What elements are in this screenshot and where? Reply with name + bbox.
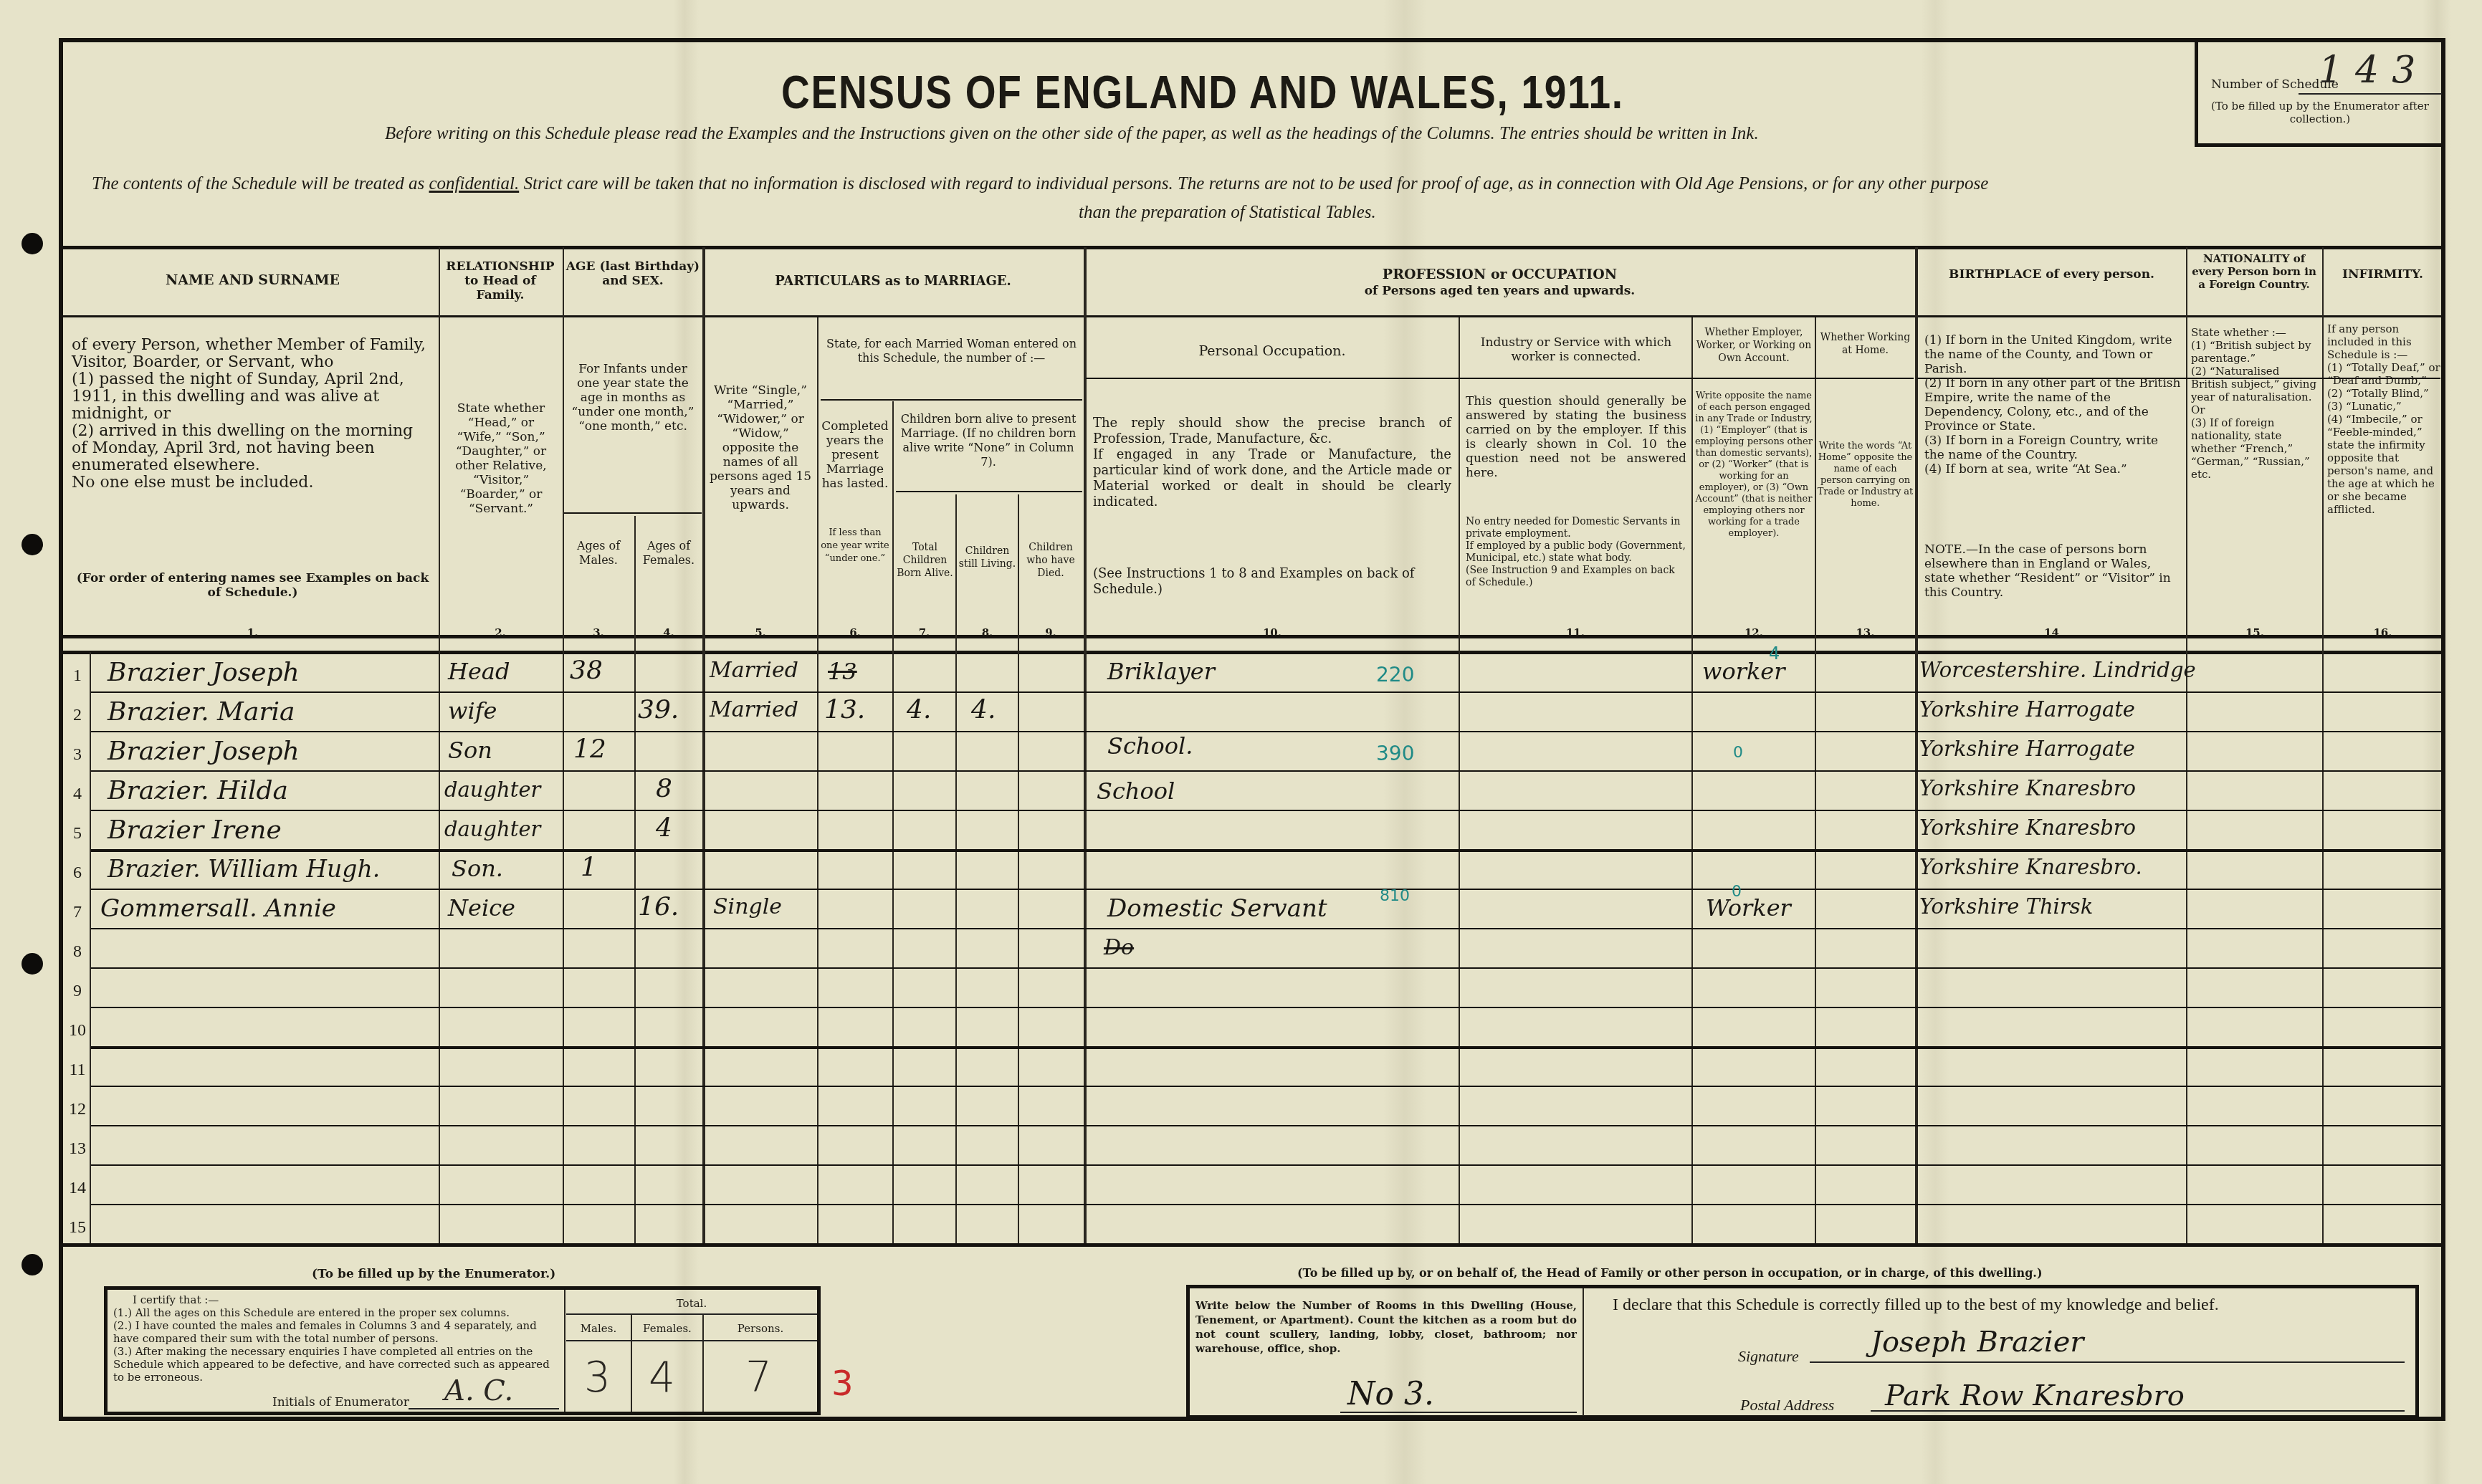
- col14-desc: (1) If born in the United Kingdom, write…: [1924, 333, 2181, 477]
- initials-label: Initials of Enumerator: [272, 1396, 409, 1409]
- col-divider: [1691, 317, 1693, 1247]
- row-rule: [90, 1125, 2444, 1126]
- col-number: 7.: [894, 626, 955, 639]
- schedule-number-note: (To be filled up by the Enumerator after…: [2205, 100, 2435, 125]
- total-rule: [566, 1340, 817, 1341]
- col16-heading: INFIRMITY.: [2324, 267, 2442, 282]
- cell-employment-code: 4: [1769, 643, 1780, 664]
- col4-sub: Ages of Females.: [636, 539, 702, 568]
- total-label: Total.: [566, 1297, 817, 1310]
- row-number: 10: [65, 1021, 90, 1040]
- col6-note: If less than one year write “under one.”: [819, 527, 891, 565]
- cell-name[interactable]: Brazier. Hilda: [108, 776, 288, 805]
- col-divider: [2186, 247, 2187, 1247]
- row-number: 5: [65, 824, 90, 843]
- certify-item-2: (2.) I have counted the males and female…: [113, 1319, 558, 1345]
- total-males[interactable]: 3: [584, 1353, 611, 1402]
- postal-address-value[interactable]: Park Row Knaresbro: [1885, 1379, 2185, 1412]
- row-rule: [90, 731, 2444, 732]
- col-divider: [634, 516, 636, 1247]
- row-number: 15: [65, 1218, 90, 1238]
- postal-address-label: Postal Address: [1740, 1396, 1834, 1414]
- col-divider: [1815, 317, 1816, 1247]
- certify-item-1: (1.) All the ages on this Schedule are e…: [113, 1306, 558, 1319]
- col-number: 4.: [636, 626, 702, 639]
- cell-occupation[interactable]: School.: [1107, 732, 1193, 760]
- cell-relationship[interactable]: Head: [448, 658, 510, 685]
- subheader-rule: [821, 399, 1082, 401]
- cell-employment[interactable]: Worker: [1706, 894, 1791, 921]
- cell-born-alive[interactable]: 4.: [907, 695, 931, 724]
- col10-note: (See Instructions 1 to 8 and Examples on…: [1093, 566, 1451, 598]
- cell-relationship[interactable]: Son.: [452, 855, 503, 882]
- row-rule: [90, 967, 2444, 969]
- total-persons[interactable]: 7: [745, 1353, 772, 1402]
- enumerator-caption: (To be filled up by the Enumerator.): [312, 1267, 555, 1281]
- punch-hole: [22, 233, 43, 254]
- cell-employment-code: 0: [1733, 744, 1743, 762]
- col13-title: Whether Working at Home.: [1817, 331, 1914, 357]
- row-number: 3: [65, 745, 90, 765]
- row-rule: [90, 1204, 2444, 1205]
- col13-desc: Write the words “At Home” opposite the n…: [1817, 441, 1914, 509]
- initials-rule: [409, 1408, 559, 1409]
- col8-desc: Children still Living.: [957, 545, 1018, 570]
- subheader-rule: [1086, 378, 1914, 379]
- subheader-rule: [896, 491, 1082, 492]
- col-divider: [439, 247, 440, 1247]
- row-number: 7: [65, 903, 90, 922]
- row-rule: [90, 691, 2444, 693]
- col-divider: [2322, 247, 2324, 1247]
- cell-occupation-code: 390: [1376, 742, 1414, 765]
- cell-name[interactable]: Brazier. William Hugh.: [108, 855, 380, 883]
- cell-birthplace[interactable]: Yorkshire Knaresbro: [1919, 776, 2136, 800]
- table-bottom-rule: [61, 1243, 2444, 1247]
- col-divider: [817, 317, 818, 1247]
- col-divider: [563, 247, 564, 1247]
- cell-relationship[interactable]: Son: [448, 737, 492, 764]
- header-top-rule: [61, 246, 2444, 249]
- signature-rule: [1810, 1361, 2405, 1363]
- col10-desc: The reply should show the precise branch…: [1093, 416, 1451, 510]
- col-number: 2.: [439, 626, 562, 639]
- total-females[interactable]: 4: [649, 1353, 675, 1402]
- col12-desc: Write opposite the name of each person e…: [1694, 391, 1813, 540]
- signature-value[interactable]: Joseph Brazier: [1871, 1326, 2084, 1359]
- cell-age-female[interactable]: 39.: [638, 695, 679, 724]
- col-number: 6.: [818, 626, 892, 639]
- cell-relationship[interactable]: daughter: [444, 817, 540, 841]
- females-label: Females.: [632, 1322, 702, 1335]
- total-rule: [566, 1313, 817, 1315]
- cell-birthplace[interactable]: Worcestershire. Lindridge: [1919, 658, 2196, 682]
- row-number: 1: [65, 666, 90, 686]
- col-divider: [1084, 247, 1087, 1247]
- cell-living[interactable]: 4.: [971, 695, 996, 724]
- col5-heading: PARTICULARS as to MARRIAGE.: [704, 274, 1082, 289]
- col6-group: State, for each Married Woman entered on…: [821, 337, 1082, 365]
- page-title: CENSUS OF ENGLAND AND WALES, 1911.: [781, 66, 1624, 119]
- head-divider: [1583, 1288, 1584, 1416]
- schedule-number-box: Number of Schedule 143 (To be filled up …: [2195, 38, 2445, 147]
- row-rule: [90, 1164, 2444, 1166]
- col11-desc: This question should generally be answer…: [1466, 394, 1686, 480]
- cell-occupation-code: 810: [1380, 887, 1410, 905]
- col-number: 1.: [68, 626, 437, 639]
- col12-title: Whether Employer, Worker, or Working on …: [1694, 326, 1813, 365]
- col-number: 12.: [1693, 626, 1815, 639]
- row-rule-thick: [90, 849, 2444, 852]
- census-page: CENSUS OF ENGLAND AND WALES, 1911. Befor…: [0, 0, 2482, 1484]
- col-divider: [892, 401, 894, 1247]
- row-number: 2: [65, 706, 90, 725]
- row-number: 6: [65, 863, 90, 883]
- col3-heading: AGE (last Birthday) and SEX.: [564, 259, 702, 288]
- profession-heading: PROFESSION or OCCUPATION: [1086, 267, 1914, 282]
- cell-occupation[interactable]: School: [1097, 777, 1175, 805]
- col-number: 11.: [1460, 626, 1691, 639]
- col7-group: Children born alive to present Marriage.…: [894, 412, 1082, 469]
- cell-age-female[interactable]: 8: [656, 774, 672, 803]
- enumerator-divider: [564, 1290, 565, 1412]
- row-rule: [90, 1086, 2444, 1087]
- col11-note: No entry needed for Domestic Servants in…: [1466, 516, 1686, 589]
- col16-desc: If any person included in this Schedule …: [2327, 322, 2442, 516]
- row-rule-thick: [90, 1046, 2444, 1049]
- cell-age-female[interactable]: 4: [656, 813, 672, 843]
- col9-desc: Children who have Died.: [1019, 541, 1082, 580]
- col11-title: Industry or Service with which worker is…: [1462, 335, 1690, 364]
- row-rule: [90, 770, 2444, 772]
- confidential-text-b: Strict care will be taken that no inform…: [519, 174, 1988, 193]
- cell-age-male[interactable]: 38: [570, 656, 603, 685]
- cell-occupation[interactable]: Briklayer: [1107, 658, 1215, 685]
- cell-relationship[interactable]: Neice: [448, 894, 515, 921]
- col3-desc: For Infants under one year state the age…: [568, 362, 698, 434]
- cell-marriage[interactable]: Married: [710, 697, 798, 722]
- col1-desc: of every Person, whether Member of Famil…: [72, 337, 430, 492]
- confidential-word: confidential.: [429, 174, 520, 193]
- cell-years-married[interactable]: 13.: [824, 695, 865, 724]
- cell-employment-code: 0: [1732, 883, 1742, 901]
- cell-birthplace[interactable]: Yorkshire Harrogate: [1919, 697, 2135, 722]
- declaration-text: I declare that this Schedule is correctl…: [1613, 1296, 2219, 1315]
- red-check-mark: 3: [831, 1364, 854, 1404]
- col-number: 5.: [704, 626, 817, 639]
- row-number: 14: [65, 1179, 90, 1198]
- col-number: 8.: [957, 626, 1018, 639]
- col-divider: [1018, 494, 1019, 1247]
- cell-years-married[interactable]: 13: [828, 658, 857, 685]
- col-number: 3.: [564, 626, 633, 639]
- punch-hole: [22, 534, 43, 555]
- cell-birthplace[interactable]: Yorkshire Harrogate: [1919, 737, 2135, 761]
- punch-hole: [22, 1254, 43, 1275]
- cell-birthplace[interactable]: Yorkshire Knaresbro.: [1919, 855, 2142, 879]
- col1-note: (For order of entering names see Example…: [68, 571, 437, 600]
- cell-relationship[interactable]: daughter: [444, 777, 540, 802]
- punch-hole: [22, 953, 43, 975]
- schedule-number-value[interactable]: 143: [2319, 49, 2428, 92]
- col6-desc: Completed years the present Marriage has…: [819, 419, 891, 491]
- col15-heading: NATIONALITY of every Person born in a Fo…: [2187, 252, 2321, 291]
- col14-heading: BIRTHPLACE of every person.: [1917, 267, 2186, 282]
- col-number: 14: [1917, 626, 2186, 639]
- col5-desc: Write “Single,” “Married,” “Widower,” or…: [706, 383, 815, 512]
- row-rule: [90, 889, 2444, 890]
- cell-name[interactable]: Gommersall. Annie: [100, 894, 336, 923]
- rows-top-rule: [61, 651, 2444, 654]
- rooms-value[interactable]: No 3.: [1347, 1376, 1434, 1412]
- row-number: 11: [65, 1061, 90, 1080]
- cell-name[interactable]: Brazier Joseph: [108, 737, 300, 766]
- cell-name[interactable]: Brazier. Maria: [108, 697, 295, 727]
- cell-relationship[interactable]: wife: [448, 697, 497, 724]
- cell-age-male[interactable]: 1: [581, 853, 597, 882]
- row-number: 4: [65, 785, 90, 804]
- cell-birthplace[interactable]: Yorkshire Thirsk: [1919, 894, 2093, 919]
- col10-title: Personal Occupation.: [1086, 344, 1459, 358]
- signature-label: Signature: [1738, 1347, 1799, 1366]
- col-number: 10.: [1086, 626, 1459, 639]
- cell-marriage[interactable]: Single: [713, 894, 782, 919]
- cell-occupation-code: 220: [1376, 663, 1414, 686]
- confidential-notice: The contents of the Schedule will be tre…: [92, 174, 1988, 194]
- col-divider: [1459, 317, 1460, 1247]
- col2-heading: RELATIONSHIP to Head of Family.: [439, 259, 562, 302]
- subheader-rule: [564, 512, 702, 514]
- cell-birthplace[interactable]: Yorkshire Knaresbro: [1919, 815, 2136, 840]
- rooms-instruction: Write below the Number of Rooms in this …: [1195, 1298, 1577, 1356]
- col-divider: [702, 247, 705, 1247]
- cell-name[interactable]: Brazier Joseph: [108, 658, 300, 687]
- col1-heading: NAME AND SURNAME: [68, 272, 437, 288]
- profession-heading-sub: of Persons aged ten years and upwards.: [1086, 284, 1914, 298]
- col-number: 13.: [1816, 626, 1914, 639]
- confidential-text-a: The contents of the Schedule will be tre…: [92, 174, 429, 193]
- col3-sub: Ages of Males.: [564, 539, 633, 568]
- rooms-rule: [1340, 1412, 1577, 1413]
- row-rule: [90, 810, 2444, 811]
- col2-desc: State whether “Head,” or “Wife,” “Son,” …: [444, 401, 558, 516]
- cell-occupation[interactable]: Domestic Servant: [1107, 894, 1327, 923]
- col-divider: [1915, 247, 1918, 1247]
- persons-label: Persons.: [704, 1322, 817, 1335]
- cell-marriage[interactable]: Married: [710, 658, 798, 683]
- cell-name[interactable]: Brazier Irene: [108, 815, 282, 845]
- enumerator-initials[interactable]: A. C.: [444, 1374, 513, 1407]
- col-number: 15.: [2187, 626, 2322, 639]
- row-rule: [90, 928, 2444, 929]
- header-mid-rule: [61, 315, 2444, 317]
- row-number: 8: [65, 942, 90, 962]
- col-number: 9.: [1019, 626, 1082, 639]
- row-number: 9: [65, 982, 90, 1001]
- certify-intro: I certify that :—: [133, 1293, 219, 1306]
- males-label: Males.: [566, 1322, 631, 1335]
- cell-age-female[interactable]: 16.: [638, 892, 679, 921]
- row-number: 13: [65, 1139, 90, 1159]
- col7-desc: Total Children Born Alive.: [894, 541, 955, 580]
- col14-note: NOTE.—In the case of persons born elsewh…: [1924, 542, 2181, 600]
- row-number: 12: [65, 1100, 90, 1119]
- col-number: 16.: [2324, 626, 2442, 639]
- cell-occupation[interactable]: Do: [1104, 935, 1134, 960]
- cell-age-male[interactable]: 12: [573, 734, 606, 764]
- schedule-number-rule: [2299, 93, 2442, 95]
- instruction-line: Before writing on this Schedule please r…: [385, 124, 1759, 144]
- col-divider: [955, 494, 957, 1247]
- row-rule: [90, 1007, 2444, 1008]
- confidential-notice-line2: than the preparation of Statistical Tabl…: [1079, 203, 1376, 223]
- head-caption: (To be filled up by, or on behalf of, th…: [1297, 1266, 2042, 1280]
- col15-desc: State whether :— (1) “British subject by…: [2191, 326, 2319, 481]
